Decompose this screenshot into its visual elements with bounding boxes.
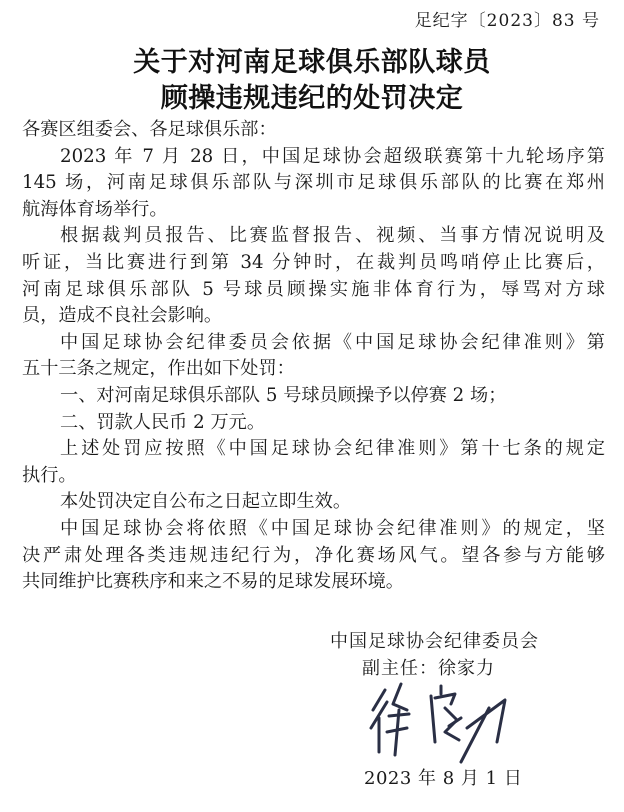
body-text-line: 中国足球协会纪律委员会依据《中国足球协会纪律准则》第: [60, 331, 605, 355]
body-text-line: 上述处罚应按照《中国足球协会纪律准则》第十七条的规定: [60, 437, 605, 461]
body-text-line: 员，造成不良社会影响。: [22, 304, 605, 328]
body-text-line: 各赛区组委会、各足球俱乐部：: [22, 118, 605, 142]
document-number: 足纪字〔2023〕83 号: [415, 6, 600, 31]
body-text-line: 本处罚决定自公布之日起立即生效。: [60, 490, 605, 514]
signatory-title: 副主任：徐家力: [362, 654, 495, 680]
body-text-line: 决严肃处理各类违规违纪行为，净化赛场风气。望各参与方能够: [22, 544, 605, 568]
body-text-line: 听证，当比赛进行到第 34 分钟时，在裁判员鸣哨停止比赛后，: [22, 251, 605, 275]
body-text-line: 中国足球协会将依照《中国足球协会纪律准则》的规定，坚: [60, 517, 605, 541]
body-text-line: 二、罚款人民币 2 万元。: [60, 411, 605, 435]
handwritten-signature-icon: [365, 680, 525, 765]
body-text-line: 一、对河南足球俱乐部队 5 号球员顾操予以停赛 2 场；: [60, 384, 605, 408]
document-title-line-1: 关于对河南足球俱乐部队球员: [0, 40, 624, 79]
body-text-line: 145 场，河南足球俱乐部队与深圳市足球俱乐部队的比赛在郑州: [22, 171, 605, 195]
body-text-line: 执行。: [22, 464, 605, 488]
document-title-line-2: 顾操违规违纪的处罚决定: [0, 76, 624, 115]
body-text-line: 五十三条之规定，作出如下处罚：: [22, 357, 605, 381]
body-text-line: 河南足球俱乐部队 5 号球员顾操实施非体育行为，辱骂对方球: [22, 278, 605, 302]
signing-date: 2023 年 8 月 1 日: [364, 764, 522, 790]
body-text-line: 2023 年 7 月 28 日，中国足球协会超级联赛第十九轮场序第: [60, 145, 605, 169]
body-text-line: 共同维护比赛秩序和来之不易的足球发展环境。: [22, 570, 605, 594]
body-text-line: 根据裁判员报告、比赛监督报告、视频、当事方情况说明及: [60, 224, 605, 248]
body-text-line: 航海体育场举行。: [22, 198, 605, 222]
issuing-organization: 中国足球协会纪律委员会: [330, 627, 539, 653]
